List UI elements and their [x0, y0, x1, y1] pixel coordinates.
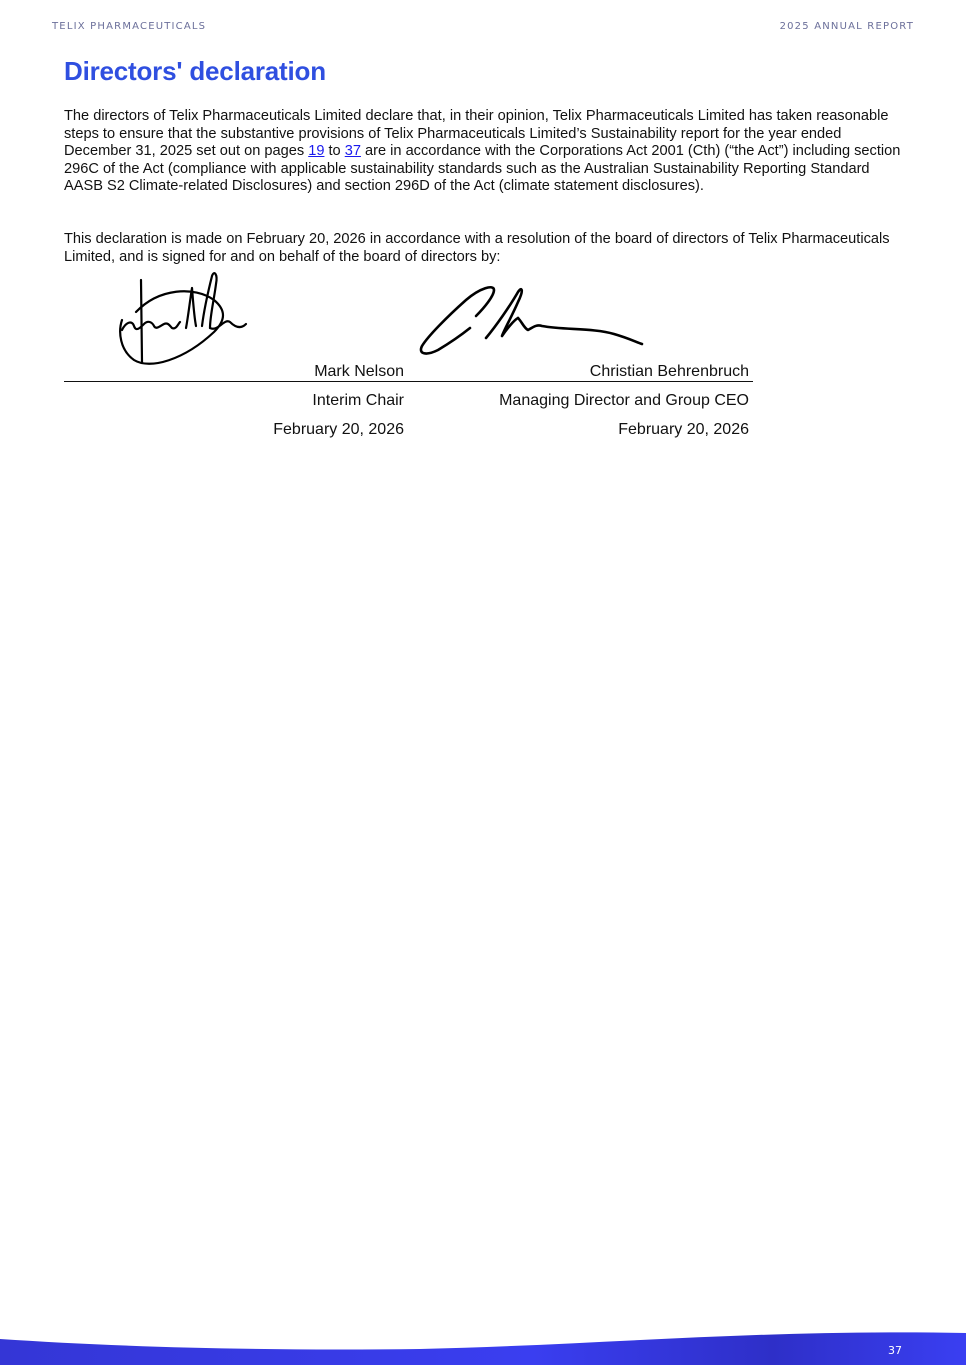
resolution-paragraph: This declaration is made on February 20,… — [64, 231, 910, 266]
signatory-1: Mark Nelson Interim Chair February 20, 2… — [64, 361, 404, 448]
signature-block: Mark Nelson Interim Chair February 20, 2… — [64, 268, 754, 448]
signatory-2: Christian Behrenbruch Managing Director … — [409, 361, 749, 448]
signature-christian-behrenbruch-icon — [414, 284, 646, 360]
declaration-text-between: to — [324, 143, 344, 159]
signatory-name: Christian Behrenbruch — [409, 361, 749, 390]
declaration-paragraph: The directors of Telix Pharmaceuticals L… — [64, 108, 910, 196]
signatory-role: Interim Chair — [64, 390, 404, 419]
page-title: Directors' declaration — [64, 56, 326, 87]
signature-rule-divider — [64, 381, 753, 382]
running-header-company: TELIX PHARMACEUTICALS — [52, 21, 206, 32]
signature-mark-nelson-icon — [114, 270, 249, 368]
running-header-report: 2025 ANNUAL REPORT — [780, 21, 914, 32]
signatory-role: Managing Director and Group CEO — [409, 390, 749, 419]
footer-wave-band — [0, 1325, 966, 1365]
page-link-37[interactable]: 37 — [345, 143, 361, 159]
page-number: 37 — [888, 1344, 902, 1357]
signatory-date: February 20, 2026 — [409, 419, 749, 448]
page-link-19[interactable]: 19 — [308, 143, 324, 159]
signatory-date: February 20, 2026 — [64, 419, 404, 448]
signatory-name: Mark Nelson — [64, 361, 404, 390]
